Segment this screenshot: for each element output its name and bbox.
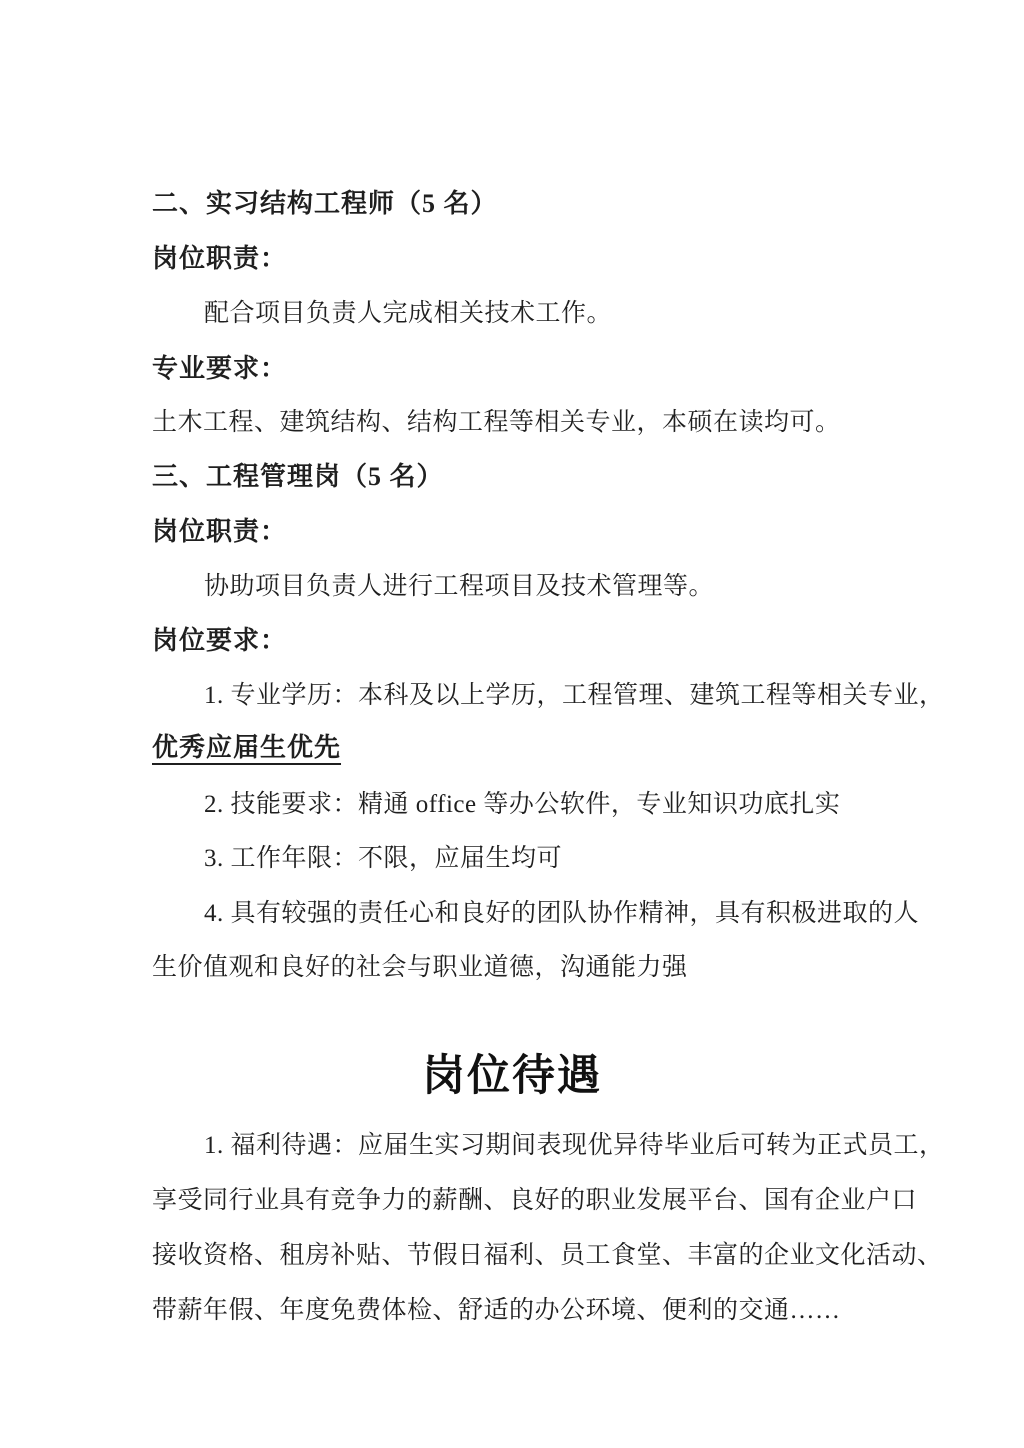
section-3-req-1-highlight: 优秀应届生优先	[152, 730, 341, 766]
benefits-heading: 岗位待遇	[0, 1042, 1024, 1103]
section-2-major-label: 专业要求：	[152, 351, 287, 387]
section-3-duty-label: 岗位职责：	[152, 514, 287, 550]
section-3-req-2: 2. 技能要求：精通 office 等办公软件，专业知识功底扎实	[152, 787, 840, 823]
section-3-req-1: 1. 专业学历：本科及以上学历，工程管理、建筑工程等相关专业，	[152, 678, 945, 714]
benefits-item-1-line-1: 1. 福利待遇：应届生实习期间表现优异待毕业后可转为正式员工，	[152, 1128, 945, 1164]
section-2-title: 二、实习结构工程师（5 名）	[152, 186, 498, 222]
benefits-item-1-line-3: 接收资格、租房补贴、节假日福利、员工食堂、丰富的企业文化活动、	[152, 1238, 943, 1274]
benefits-item-1-line-2: 享受同行业具有竞争力的薪酬、良好的职业发展平台、国有企业户口	[152, 1183, 917, 1219]
section-2-duty-label: 岗位职责：	[152, 241, 287, 277]
section-2-major-text: 土木工程、建筑结构、结构工程等相关专业，本硕在读均可。	[152, 405, 841, 441]
document-page: 二、实习结构工程师（5 名） 岗位职责： 配合项目负责人完成相关技术工作。 专业…	[0, 0, 1024, 1448]
section-2-duty-text: 配合项目负责人完成相关技术工作。	[152, 296, 612, 332]
section-3-req-4-line-1: 4. 具有较强的责任心和良好的团队协作精神，具有积极进取的人	[152, 896, 919, 932]
section-3-duty-text: 协助项目负责人进行工程项目及技术管理等。	[152, 569, 714, 605]
section-3-req-4-line-2: 生价值观和良好的社会与职业道德，沟通能力强	[152, 950, 688, 986]
benefits-item-1-line-4: 带薪年假、年度免费体检、舒适的办公环境、便利的交通……	[152, 1293, 841, 1329]
section-3-req-label: 岗位要求：	[152, 623, 287, 659]
section-3-title: 三、工程管理岗（5 名）	[152, 459, 444, 495]
section-3-req-3: 3. 工作年限：不限，应届生均可	[152, 841, 562, 877]
